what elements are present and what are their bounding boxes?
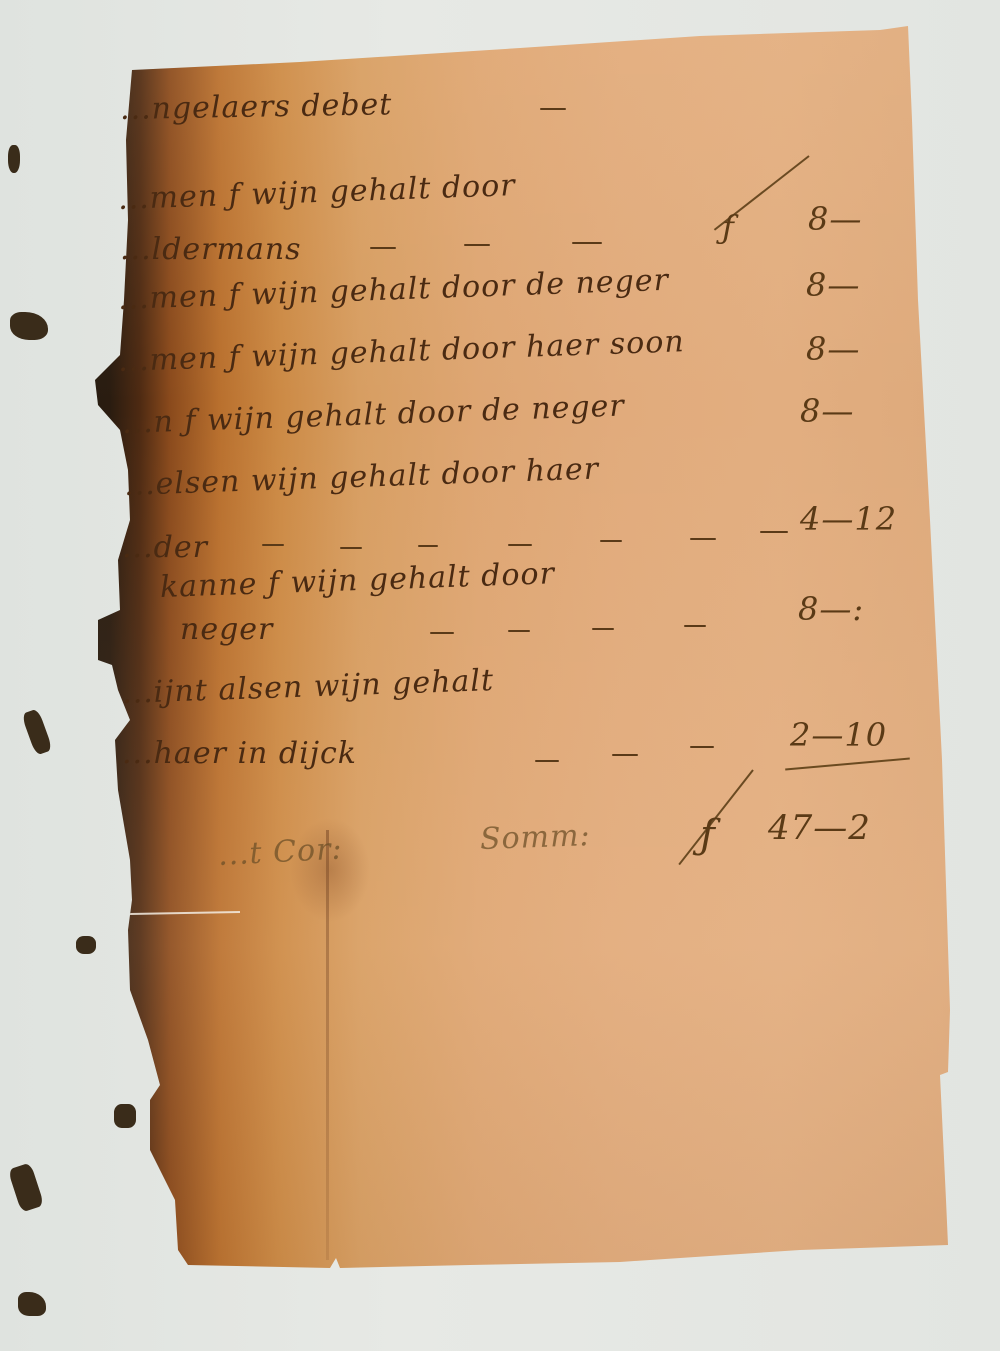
entry-4-amount: 8— (800, 392, 854, 430)
leader-dash (430, 632, 454, 634)
leader-dash (600, 540, 622, 542)
leader-dash (508, 630, 530, 632)
total-amount: 47—2 (768, 808, 871, 848)
leader-dash (370, 247, 396, 249)
heading-dash (540, 108, 566, 110)
paper-crease (326, 830, 329, 1260)
leader-dash (572, 242, 602, 244)
burnt-fragment (8, 145, 20, 173)
entry-1-line-2: ...ldermans (120, 232, 302, 267)
entry-3-amount: 8— (806, 330, 860, 368)
leader-dash (535, 760, 559, 762)
leader-dash (684, 625, 706, 627)
burnt-fragment (8, 1162, 45, 1212)
entry-1-amount: 8— (808, 200, 862, 238)
burnt-fragment (18, 1292, 46, 1316)
leader-dash (464, 244, 490, 246)
burnt-fragment (10, 312, 48, 340)
leader-dash (760, 531, 788, 533)
leader-dash (690, 538, 716, 540)
scan-background: ...ngelaers debet ...men ƒ wijn gehalt d… (0, 0, 1000, 1351)
entry-5-amount: 4—12 (800, 500, 897, 538)
leader-dash (340, 547, 362, 549)
entry-1-currency: ƒ (722, 208, 735, 246)
leader-dash (612, 754, 638, 756)
leader-dash (508, 544, 532, 546)
leader-dash (592, 628, 614, 630)
entry-6-amount: 8—: (798, 590, 864, 628)
leader-dash (418, 545, 438, 547)
total-label-right: Somm: (479, 818, 591, 857)
paper-crack (130, 911, 240, 915)
burnt-fragment (21, 708, 53, 756)
leader-dash (690, 746, 714, 748)
entry-7-line-2: ...haer in dijck (122, 736, 357, 771)
entry-7-amount: 2—10 (790, 716, 887, 754)
total-label-left: ...t Cor: (217, 831, 343, 872)
entry-5-line-2: ...der (122, 530, 208, 565)
total-currency: ƒ (700, 812, 716, 858)
burnt-fragment (114, 1104, 136, 1128)
entry-2-amount: 8— (806, 266, 860, 304)
entry-6-line-2: neger (180, 612, 273, 647)
document-heading: ...ngelaers debet (120, 87, 393, 127)
leader-dash (262, 544, 284, 546)
burnt-fragment (76, 936, 96, 954)
